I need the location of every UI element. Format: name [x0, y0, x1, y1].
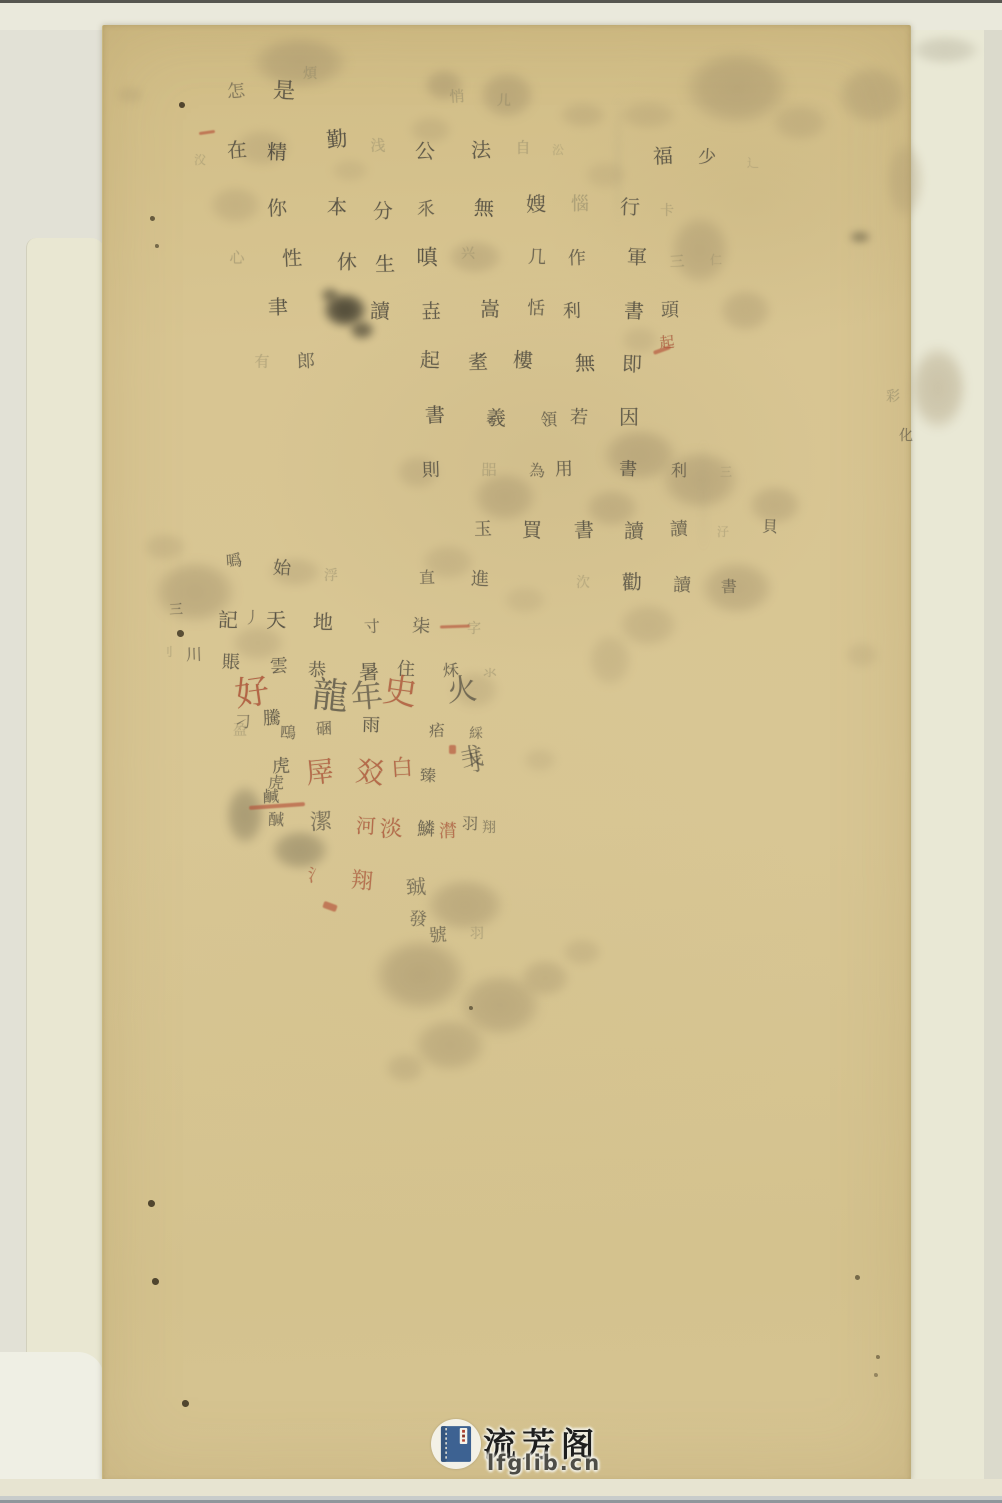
mount-left-bottom-patch — [0, 1352, 104, 1480]
mount-left-inner-panel — [26, 238, 105, 1428]
scanned-manuscript: 怎是煩悄儿㳇在精勤浅公法自㳂福少辶你本分乑無嫂惱行卡心性休生嗔兴几作軍三仁聿讀壵… — [0, 0, 1002, 1503]
manuscript-paper — [102, 25, 911, 1481]
mount-right-edge — [984, 0, 1002, 1503]
